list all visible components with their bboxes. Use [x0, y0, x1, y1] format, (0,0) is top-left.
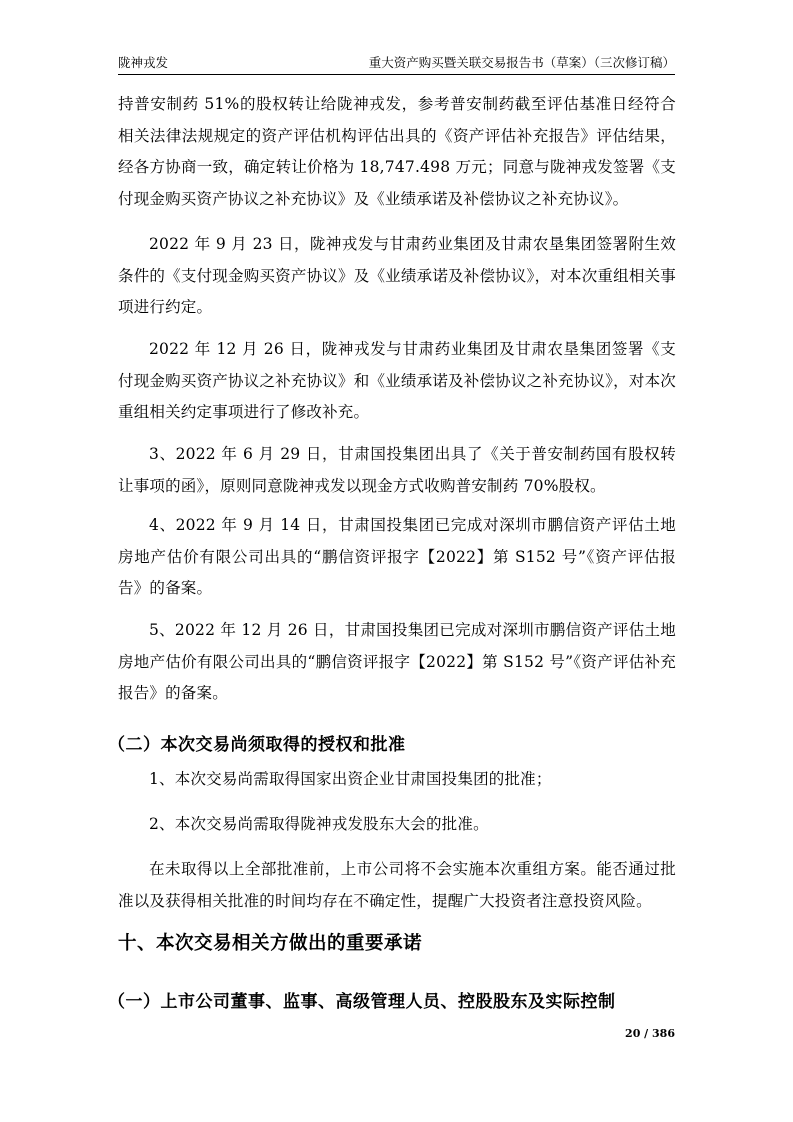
paragraph: 3、2022 年 6 月 29 日，甘肃国投集团出具了《关于普安制药国有股权转让… [118, 439, 676, 502]
header-company: 陇神戎发 [118, 53, 168, 71]
paragraph: 在未取得以上全部批准前，上市公司将不会实施本次重组方案。能否通过批准以及获得相关… [118, 854, 676, 917]
paragraph: 持普安制药 51%的股权转让给陇神戎发，参考普安制药截至评估基准日经符合相关法律… [118, 89, 676, 215]
page-number: 20 / 386 [625, 1027, 675, 1040]
paragraph: 2022 年 9 月 23 日，陇神戎发与甘肃药业集团及甘肃农垦集团签署附生效条… [118, 229, 676, 324]
paragraph: 5、2022 年 12 月 26 日，甘肃国投集团已完成对深圳市鹏信资产评估土地… [118, 615, 676, 710]
list-item: 1、本次交易尚需取得国家出资企业甘肃国投集团的批准； [118, 764, 676, 796]
chapter-heading: 十、本次交易相关方做出的重要承诺 [118, 929, 422, 955]
list-item: 2、本次交易尚需取得陇神戎发股东大会的批准。 [118, 809, 676, 841]
paragraph: 4、2022 年 9 月 14 日，甘肃国投集团已完成对深圳市鹏信资产评估土地房… [118, 510, 676, 605]
header-doc-title: 重大资产购买暨关联交易报告书（草案）（三次修订稿） [369, 53, 675, 71]
section-heading: （一）上市公司董事、监事、高级管理人员、控股股东及实际控制 [108, 987, 616, 1012]
section-heading: （二）本次交易尚须取得的授权和批准 [108, 730, 406, 755]
page-header: 陇神戎发 重大资产购买暨关联交易报告书（草案）（三次修订稿） [118, 52, 675, 75]
paragraph: 2022 年 12 月 26 日，陇神戎发与甘肃药业集团及甘肃农垦集团签署《支付… [118, 334, 676, 429]
